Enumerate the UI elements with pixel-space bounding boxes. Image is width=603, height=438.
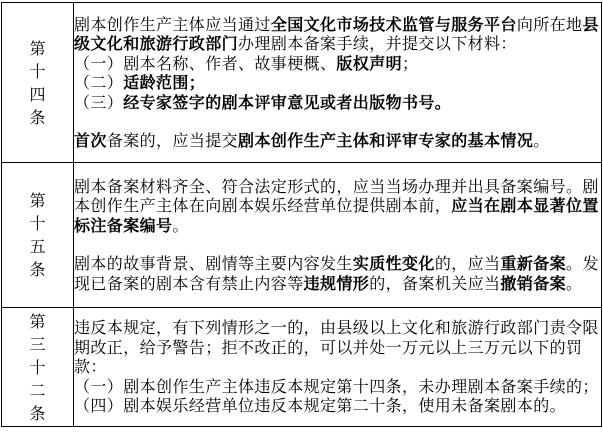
emphasized-text: 首次 [74,131,107,150]
article-paragraph: 违反本规定，有下列情形之一的，由县级以上文化和旅游行政部门责令限期改正，给予警告… [74,318,601,377]
article-number: 第十五条 [29,189,45,281]
article-paragraph: （一）剧本创作生产主体违反本规定第十四条，未办理剧本备案手续的； [74,377,601,397]
article-paragraph: （三）经专家签字的剧本评审意见或者出版物书号。 [74,93,601,113]
body-text: 办理剧本备案手续，并提交以下材料： [238,34,517,53]
article-number-char: 五 [29,235,45,258]
body-text: （四）剧本娱乐经营单位违反本规定第二十条，使用未备案剧本的。 [74,396,566,415]
article-paragraph: （一）剧本名称、作者、故事梗概、版权声明； [74,54,601,74]
emphasized-text: 经专家签字的剧本评审意见或者出版物书号。 [123,93,451,112]
body-text: 备案的，应当提交 [107,131,238,150]
article-number-char: 条 [29,402,45,425]
article-number-char: 第 [29,310,45,333]
body-text: ； [402,54,418,73]
article-number-char: 条 [29,258,45,281]
body-text: 向所在地 [517,15,583,34]
body-text: 。 [172,216,188,235]
table-row: 第十四条剧本创作生产主体应当通过全国文化市场技术监管与服务平台向所在地县级文化和… [2,3,602,163]
article-number: 第三十二条 [29,310,45,425]
article-number-char: 二 [29,379,45,402]
emphasized-text: 全国文化市场技术监管与服务平台 [271,15,517,34]
article-number-char: 第 [29,189,45,212]
body-text: 。 [533,131,549,150]
document-page: 第十四条剧本创作生产主体应当通过全国文化市场技术监管与服务平台向所在地县级文化和… [0,0,603,428]
article-content-cell: 违反本规定，有下列情形之一的，由县级以上文化和旅游行政部门责令限期改正，给予警告… [74,308,602,427]
article-number-char: 十 [29,212,45,235]
article-paragraph: （二）适龄范围； [74,73,601,93]
body-text: 的，应当 [435,254,501,273]
regulation-table: 第十四条剧本创作生产主体应当通过全国文化市场技术监管与服务平台向所在地县级文化和… [1,2,602,427]
body-text: 的，备案机关应当 [369,274,500,293]
body-text: 剧本创作生产主体应当通过 [74,15,271,34]
emphasized-text: 剧本创作生产主体和评审专家的基本情况 [238,131,533,150]
body-text: （三） [74,93,123,112]
article-number-char: 十 [29,60,45,83]
article-content-cell: 剧本备案材料齐全、符合法定形式的，应当当场办理并出具备案编号。剧本创作生产主体在… [74,163,602,308]
article-number-char: 条 [29,106,45,129]
article-number-cell: 第十四条 [2,3,74,163]
body-text: （二） [74,73,123,92]
article-number-cell: 第十五条 [2,163,74,308]
article-number-char: 十 [29,356,45,379]
table-row: 第三十二条违反本规定，有下列情形之一的，由县级以上文化和旅游行政部门责令限期改正… [2,308,602,427]
emphasized-text: 重新备案 [500,254,566,273]
body-text: （一）剧本名称、作者、故事梗概、 [74,54,336,73]
emphasized-text: 版权声明 [336,54,402,73]
body-text: 。 [566,274,582,293]
article-number-char: 四 [29,83,45,106]
emphasized-text: 实质性变化 [353,254,435,273]
article-paragraph: 首次备案的，应当提交剧本创作生产主体和评审专家的基本情况。 [74,131,601,151]
emphasized-text: 适龄范围； [123,73,205,92]
regulation-table-body: 第十四条剧本创作生产主体应当通过全国文化市场技术监管与服务平台向所在地县级文化和… [2,3,602,427]
article-content-cell: 剧本创作生产主体应当通过全国文化市场技术监管与服务平台向所在地县级文化和旅游行政… [74,3,602,163]
article-paragraph: 剧本创作生产主体应当通过全国文化市场技术监管与服务平台向所在地县级文化和旅游行政… [74,15,601,54]
emphasized-text: 违规情形 [304,274,370,293]
body-text: （一）剧本创作生产主体违反本规定第十四条，未办理剧本备案手续的； [74,377,599,396]
article-number-cell: 第三十二条 [2,308,74,427]
body-text: 违反本规定，有下列情形之一的，由县级以上文化和旅游行政部门责令限期改正，给予警告… [74,318,599,376]
emphasized-text: 撤销备案 [500,274,566,293]
article-paragraph: 剧本的故事背景、剧情等主要内容发生实质性变化的，应当重新备案。发现已备案的剧本含… [74,254,601,293]
article-number-char: 第 [29,37,45,60]
article-paragraph: （四）剧本娱乐经营单位违反本规定第二十条，使用未备案剧本的。 [74,396,601,416]
article-number-char: 三 [29,333,45,356]
article-paragraph: 剧本备案材料齐全、符合法定形式的，应当当场办理并出具备案编号。剧本创作生产主体在… [74,177,601,236]
article-number: 第十四条 [29,37,45,129]
table-row: 第十五条剧本备案材料齐全、符合法定形式的，应当当场办理并出具备案编号。剧本创作生… [2,163,602,308]
body-text: 剧本的故事背景、剧情等主要内容发生 [74,254,353,273]
